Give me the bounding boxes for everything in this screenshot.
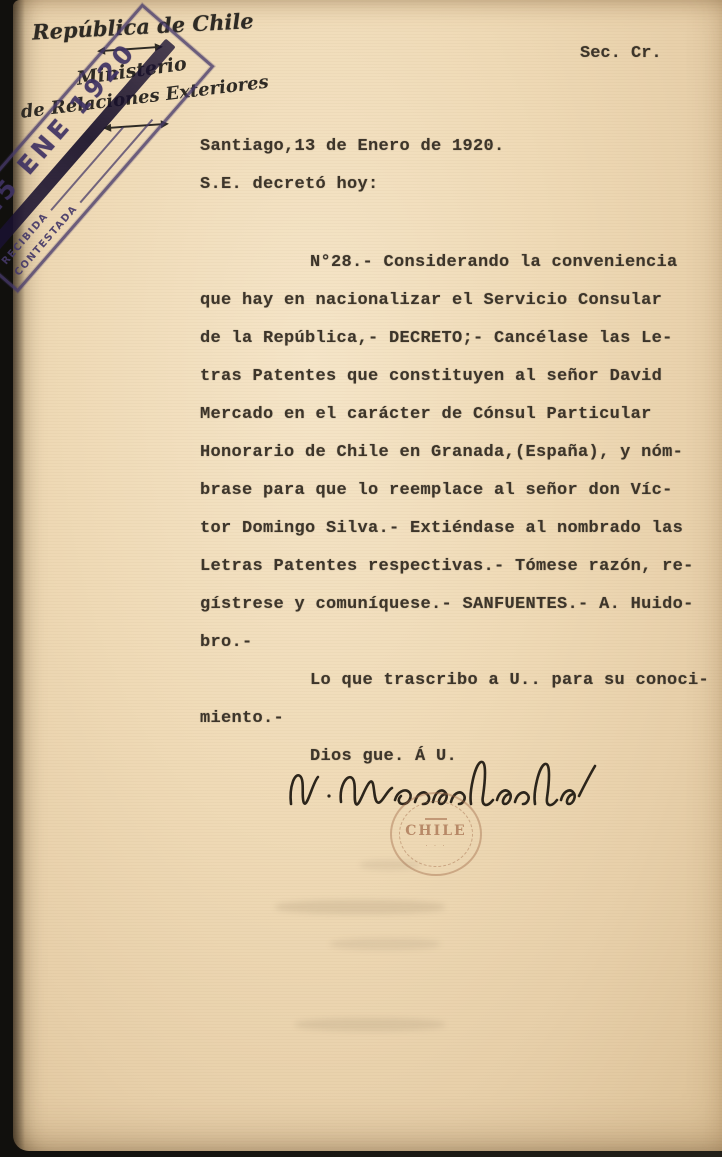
- place-date-line: Santiago,13 de Enero de 1920.: [200, 128, 700, 166]
- ink-bleed-smudge: [330, 938, 440, 950]
- ink-bleed-smudge: [275, 900, 445, 914]
- section-note: Sec. Cr.: [580, 44, 662, 63]
- typed-line: brase para que lo reemplace al señor don…: [200, 472, 700, 510]
- seal-text: CHILE: [405, 823, 466, 839]
- ink-bleed-smudge: [360, 860, 420, 870]
- seal-ornament: · · ·: [405, 842, 466, 850]
- seal-ornament: [425, 818, 447, 820]
- typed-line: Mercado en el carácter de Cónsul Particu…: [200, 396, 700, 434]
- typed-line: que hay en nacionalizar el Servicio Cons…: [200, 282, 700, 320]
- typed-line: bro.-: [200, 624, 700, 662]
- ink-bleed-smudge: [295, 1018, 445, 1031]
- scanned-document: República de Chile Ministerio de Relacio…: [0, 0, 722, 1157]
- transcription-line: Lo que trascribo a U.. para su conoci-: [200, 662, 700, 700]
- typed-line: gístrese y comuníquese.- SANFUENTES.- A.…: [200, 586, 700, 624]
- typed-line: de la República,- DECRETO;- Cancélase la…: [200, 320, 700, 358]
- transcription-line: miento.-: [200, 700, 700, 738]
- typed-line: tor Domingo Silva.- Extiéndase al nombra…: [200, 510, 700, 548]
- decree-intro-line: S.E. decretó hoy:: [200, 166, 700, 204]
- seal-inner: CHILE · · ·: [405, 818, 466, 850]
- typed-line: Honorario de Chile en Granada,(España), …: [200, 434, 700, 472]
- typed-line: N°28.- Considerando la conveniencia: [200, 244, 700, 282]
- typed-line: Letras Patentes respectivas.- Tómese raz…: [200, 548, 700, 586]
- typed-line: tras Patentes que constituyen al señor D…: [200, 358, 700, 396]
